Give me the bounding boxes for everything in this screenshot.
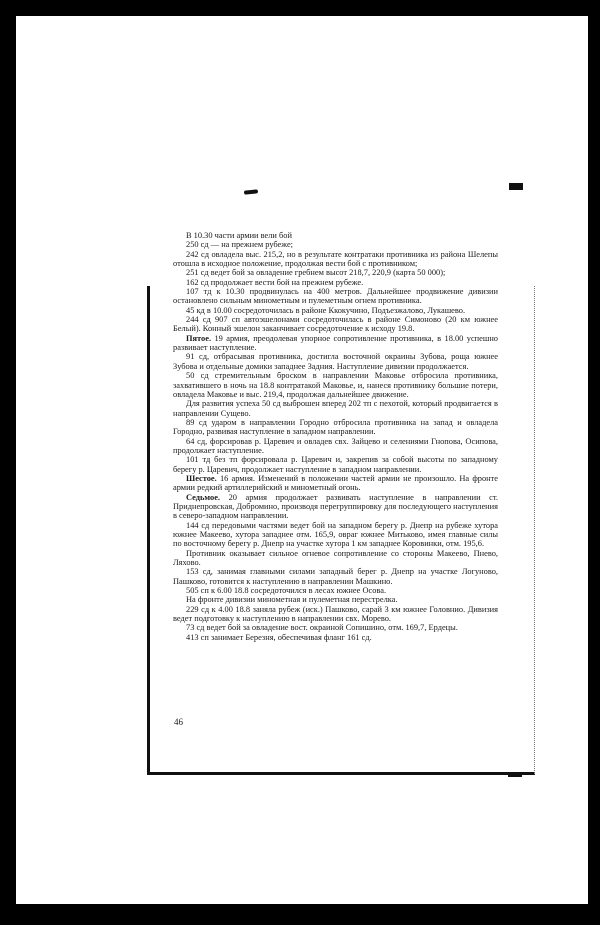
paragraph-text: 20 армия продолжает развивать наступлени… bbox=[173, 493, 498, 521]
paragraph-text: 101 тд без тп форсировала р. Царевич и, … bbox=[173, 455, 498, 473]
paragraph: 91 сд, отбрасывая противника, достигла в… bbox=[173, 352, 498, 371]
paragraph-text: 16 армия. Изменений в положении частей а… bbox=[173, 474, 498, 492]
paragraph: В 10.30 части армии вели бой bbox=[173, 231, 498, 240]
paragraph-text: 250 сд — на прежнем рубеже; bbox=[186, 240, 293, 249]
paragraph-text: 19 армия, преодолевая упорное сопротивле… bbox=[173, 334, 498, 352]
paragraph: 162 сд продолжает вести бой на прежнем р… bbox=[173, 278, 498, 287]
paragraph: 73 сд ведет бой за овладение вост. окраи… bbox=[173, 623, 498, 632]
paragraph-text: 162 сд продолжает вести бой на прежнем р… bbox=[186, 278, 363, 287]
paragraph: Для развития успеха 50 сд выброшен впере… bbox=[173, 399, 498, 418]
paragraph-text: 153 сд, занимая главными силами западный… bbox=[173, 567, 498, 585]
paragraph-heading: Седьмое. bbox=[186, 493, 220, 502]
paragraph-text: 107 тд к 10.30 продвинулась на 400 метро… bbox=[173, 287, 498, 305]
paragraph: Седьмое. 20 армия продолжает развивать н… bbox=[173, 493, 498, 521]
paragraph: 242 сд овладела выс. 215,2, но в результ… bbox=[173, 250, 498, 269]
paragraph: 251 сд ведет бой за овладение гребнем вы… bbox=[173, 268, 498, 277]
paragraph: Пятое. 19 армия, преодолевая упорное соп… bbox=[173, 334, 498, 353]
paragraph: 107 тд к 10.30 продвинулась на 400 метро… bbox=[173, 287, 498, 306]
scan-artifact-mark bbox=[509, 183, 523, 190]
paragraph-text: На фронте дивизии минометная и пулеметна… bbox=[186, 595, 398, 604]
paragraph-text: 144 сд передовыми частями ведет бой на з… bbox=[173, 521, 498, 549]
paragraph: 153 сд, занимая главными силами западный… bbox=[173, 567, 498, 586]
paragraph: 50 сд стремительным броском в направлени… bbox=[173, 371, 498, 399]
page-number: 46 bbox=[174, 717, 183, 727]
paragraph: 45 кд в 10.00 сосредоточилась в районе К… bbox=[173, 306, 498, 315]
paragraph: 229 сд к 4.00 18.8 заняла рубеж (иск.) П… bbox=[173, 605, 498, 624]
paragraph-text: Противник оказывает сильное огневое сопр… bbox=[173, 549, 498, 567]
paragraph-text: 242 сд овладела выс. 215,2, но в результ… bbox=[173, 250, 498, 268]
paragraph: Шестое. 16 армия. Изменений в положении … bbox=[173, 474, 498, 493]
paragraph-text: Для развития успеха 50 сд выброшен впере… bbox=[173, 399, 498, 417]
paragraph-text: 229 сд к 4.00 18.8 заняла рубеж (иск.) П… bbox=[173, 605, 498, 623]
paragraph-text: 73 сд ведет бой за овладение вост. окраи… bbox=[186, 623, 458, 632]
paragraph-text: 91 сд, отбрасывая противника, достигла в… bbox=[173, 352, 498, 370]
document-body: В 10.30 части армии вели бой250 сд — на … bbox=[173, 231, 498, 642]
paragraph: 64 сд, форсировав р. Царевич и овладев с… bbox=[173, 437, 498, 456]
paragraph: 89 сд ударом в направлении Городно отбро… bbox=[173, 418, 498, 437]
paragraph-text: В 10.30 части армии вели бой bbox=[186, 231, 292, 240]
paragraph: 505 сп к 6.00 18.8 сосредоточился в леса… bbox=[173, 586, 498, 595]
paragraph: 144 сд передовыми частями ведет бой на з… bbox=[173, 521, 498, 549]
paragraph: 413 сп занимает Березня, обеспечивая фла… bbox=[173, 633, 498, 642]
paragraph-text: 64 сд, форсировав р. Царевич и овладев с… bbox=[173, 437, 498, 455]
paragraph: 101 тд без тп форсировала р. Царевич и, … bbox=[173, 455, 498, 474]
paragraph: На фронте дивизии минометная и пулеметна… bbox=[173, 595, 498, 604]
paragraph-heading: Шестое. bbox=[186, 474, 217, 483]
paragraph-text: 89 сд ударом в направлении Городно отбро… bbox=[173, 418, 498, 436]
paragraph-text: 505 сп к 6.00 18.8 сосредоточился в леса… bbox=[186, 586, 386, 595]
paragraph-heading: Пятое. bbox=[186, 334, 211, 343]
paragraph-text: 45 кд в 10.00 сосредоточилась в районе К… bbox=[186, 306, 465, 315]
paragraph-text: 244 сд 907 сп автоэшелонами сосредоточил… bbox=[173, 315, 498, 333]
scan-artifact-mark bbox=[508, 773, 522, 777]
paragraph-text: 413 сп занимает Березня, обеспечивая фла… bbox=[186, 633, 372, 642]
paragraph: Противник оказывает сильное огневое сопр… bbox=[173, 549, 498, 568]
paragraph: 244 сд 907 сп автоэшелонами сосредоточил… bbox=[173, 315, 498, 334]
paragraph: 250 сд — на прежнем рубеже; bbox=[173, 240, 498, 249]
paragraph-text: 50 сд стремительным броском в направлени… bbox=[173, 371, 498, 399]
paragraph-text: 251 сд ведет бой за овладение гребнем вы… bbox=[186, 268, 445, 277]
